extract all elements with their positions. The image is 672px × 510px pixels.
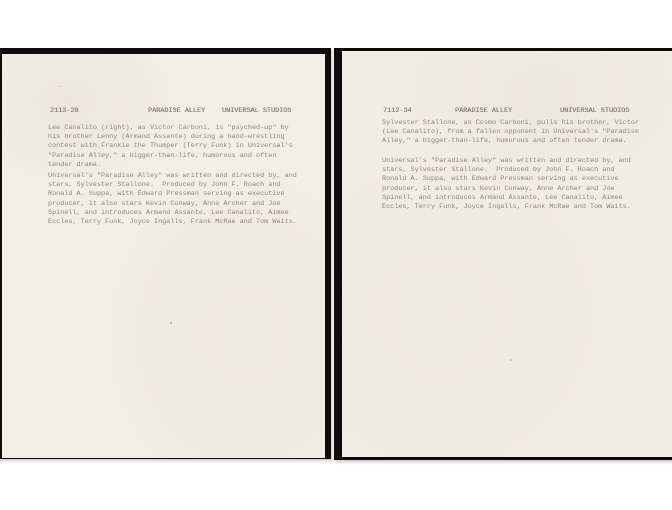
text-line: Eccles, Terry Funk, Joyce Ingalls, Frank… xyxy=(382,203,631,212)
caption-paragraph: Sylvester Stallone, as Cosmo Carboni, pu… xyxy=(382,119,639,147)
dust-speck xyxy=(170,322,172,324)
text-line: tender drama. xyxy=(48,161,293,170)
text-line: Universal's "Paradise Alley" was written… xyxy=(48,172,297,181)
text-line: stars, Sylvester Stallone. Produced by J… xyxy=(382,166,631,175)
text-line: "Paradise Alley," a bigger-than-life, hu… xyxy=(48,152,293,161)
text-line: Lee Canalito (right), as Victor Carboni,… xyxy=(48,124,293,133)
text-line: Ronald A. Suppa, with Edward Pressman se… xyxy=(382,175,631,184)
film-title: PARADISE ALLEY xyxy=(455,107,512,116)
text-line: stars, Sylvester Stallone. Produced by J… xyxy=(48,181,297,190)
caption-paragraph: Lee Canalito (right), as Victor Carboni,… xyxy=(48,124,293,170)
text-line: (Lee Canalito), from a fallen opponent i… xyxy=(382,128,639,137)
caption-header-left: 2113-28 PARADISE ALLEY UNIVERSAL STUDIOS xyxy=(2,107,325,117)
dust-speck xyxy=(59,86,61,87)
press-photo-left: 2113-28 PARADISE ALLEY UNIVERSAL STUDIOS… xyxy=(0,48,331,459)
film-title: PARADISE ALLEY xyxy=(148,107,205,116)
caption-sheet-left: 2113-28 PARADISE ALLEY UNIVERSAL STUDIOS… xyxy=(2,54,325,458)
photo-number: 7112-34 xyxy=(383,107,412,116)
credits-paragraph: Universal's "Paradise Alley" was written… xyxy=(48,172,297,227)
text-line: Alley," a bigger-than-life, humorous and… xyxy=(382,137,639,146)
credits-paragraph: Universal's "Paradise Alley" was written… xyxy=(382,157,631,212)
text-line: Spinell, and introduces Armand Assante, … xyxy=(382,194,631,203)
text-line: Eccles, Terry Funk, Joyce Ingalls, Frank… xyxy=(48,218,297,227)
text-line: Sylvester Stallone, as Cosmo Carboni, pu… xyxy=(382,119,639,128)
text-line: producer, it also stars Kevin Conway, An… xyxy=(48,200,297,209)
caption-sheet-right: 7112-34 PARADISE ALLEY UNIVERSAL STUDIOS… xyxy=(342,51,672,457)
press-photo-right: 7112-34 PARADISE ALLEY UNIVERSAL STUDIOS… xyxy=(334,48,672,460)
text-line: his brother Lenny (Armand Assante) durin… xyxy=(48,133,293,142)
studio-name: UNIVERSAL STUDIOS xyxy=(560,107,629,116)
caption-header-right: 7112-34 PARADISE ALLEY UNIVERSAL STUDIOS xyxy=(342,107,672,117)
text-line: contest with Frankie the Thumper (Terry … xyxy=(48,142,293,151)
text-line: producer, it also stars Kevin Conway, An… xyxy=(382,185,631,194)
studio-name: UNIVERSAL STUDIOS xyxy=(222,107,291,116)
text-line: Ronald A. Suppa, with Edward Pressman se… xyxy=(48,190,297,199)
scan-background: 2113-28 PARADISE ALLEY UNIVERSAL STUDIOS… xyxy=(0,0,672,510)
text-line: Spinell, and introduces Armand Assante, … xyxy=(48,209,297,218)
dust-speck xyxy=(510,359,512,361)
photo-number: 2113-28 xyxy=(50,107,79,116)
text-line: Universal's "Paradise Alley" was written… xyxy=(382,157,631,166)
